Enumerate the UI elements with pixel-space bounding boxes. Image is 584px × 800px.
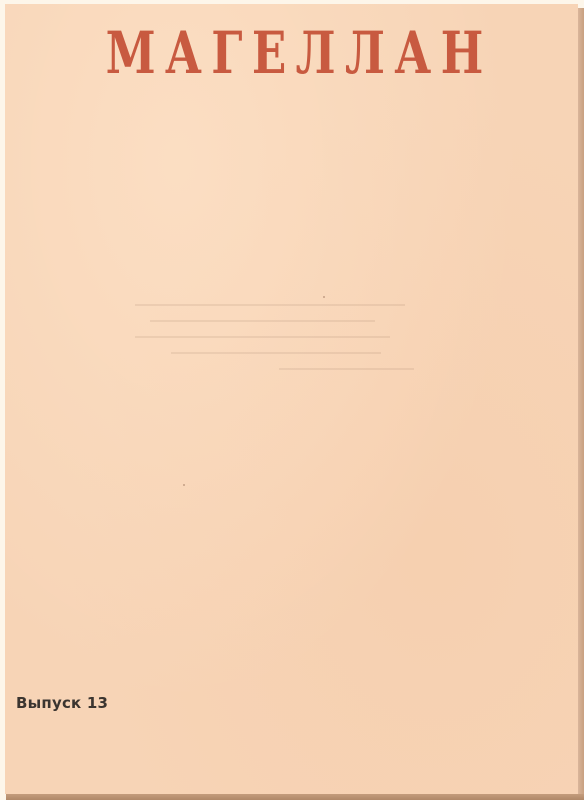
issue-label: Выпуск 13 bbox=[16, 694, 108, 712]
book-page: МАГЕЛЛАН Выпуск 13 bbox=[5, 4, 578, 794]
paper-speck bbox=[183, 484, 185, 486]
page-frame: МАГЕЛЛАН Выпуск 13 bbox=[0, 0, 584, 800]
paper-speck bbox=[323, 296, 325, 298]
page-shadow-right bbox=[578, 8, 584, 800]
page-shadow-bottom bbox=[6, 794, 584, 800]
book-title: МАГЕЛЛАН bbox=[71, 18, 518, 88]
bleed-through-text bbox=[135, 304, 435, 404]
